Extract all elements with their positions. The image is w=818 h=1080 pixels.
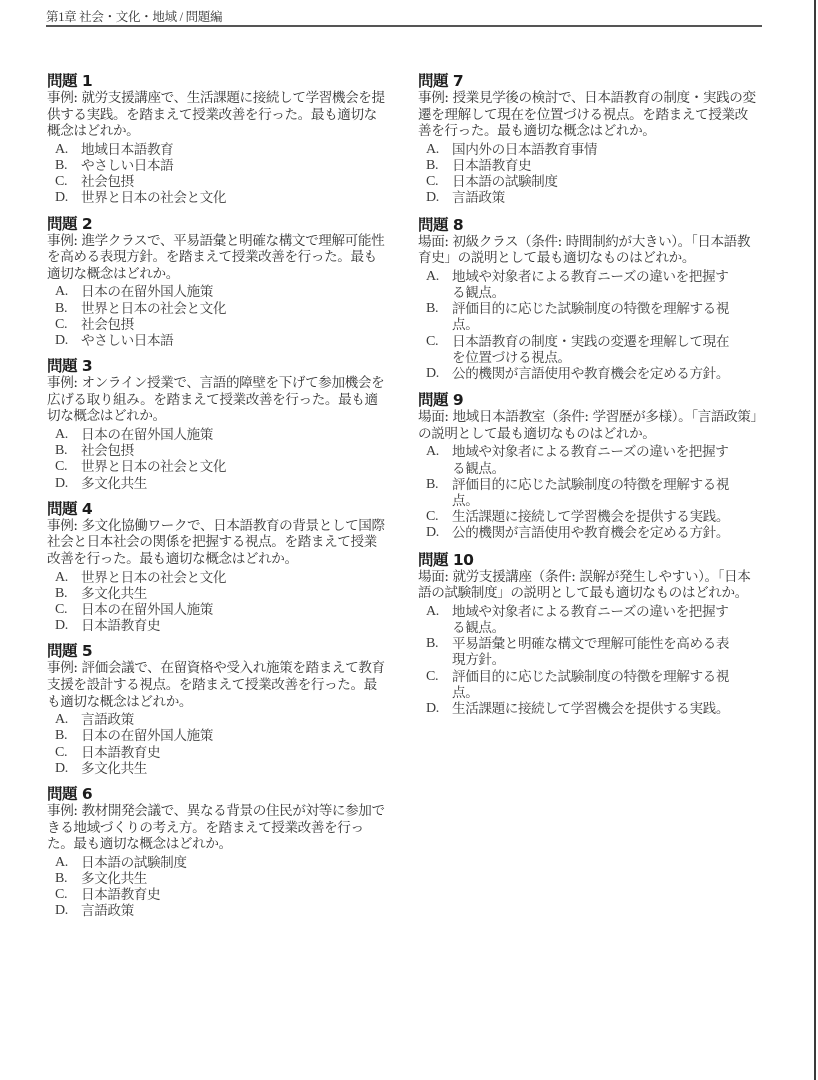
answer-options: A.地域や対象者による教育ニーズの違いを把握する観点。 B.平易語彙と明確な構文…	[418, 604, 758, 717]
option-text: 多文化共生	[81, 871, 387, 887]
option-d: D.日本語教育史	[47, 618, 387, 634]
option-label: A.	[55, 570, 81, 586]
chapter-title: 第1章 社会・文化・地域 / 問題編	[46, 10, 222, 24]
option-label: C.	[55, 745, 81, 761]
option-label: B.	[426, 158, 452, 174]
option-text: 生活課題に接続して学習機会を提供する実践。	[452, 701, 758, 717]
option-label: A.	[426, 444, 452, 476]
option-label: D.	[55, 190, 81, 206]
option-c: C.日本語教育史	[47, 745, 387, 761]
option-text: 多文化共生	[81, 586, 387, 602]
option-text: 世界と日本の社会と文化	[81, 459, 387, 475]
option-b: B.社会包摂	[47, 443, 387, 459]
option-text: 日本語の試験制度	[81, 855, 387, 871]
option-a: A.地域日本語教育	[47, 142, 387, 158]
option-label: C.	[426, 669, 452, 701]
answer-options: A.地域日本語教育 B.やさしい日本語 C.社会包摂 D.世界と日本の社会と文化	[47, 142, 387, 207]
right-column: 問題 7 事例: 授業見学後の検討で、日本語教育の制度・実践の変遷を理解して現在…	[418, 72, 758, 717]
option-label: A.	[55, 855, 81, 871]
question-number: 問題 5	[47, 642, 387, 660]
option-text: やさしい日本語	[81, 158, 387, 174]
question-stem: 事例: オンライン授業で、言語的障壁を下げて参加機会を広げる取り組み。を踏まえて…	[47, 375, 387, 425]
question-stem: 事例: 就労支援講座で、生活課題に接続して学習機会を提供する実践。を踏まえて授業…	[47, 90, 387, 140]
option-b: B.多文化共生	[47, 586, 387, 602]
question-1: 問題 1 事例: 就労支援講座で、生活課題に接続して学習機会を提供する実践。を踏…	[47, 72, 387, 207]
option-a: A.地域や対象者による教育ニーズの違いを把握する観点。	[418, 444, 758, 476]
option-label: B.	[55, 586, 81, 602]
question-stem: 場面: 地域日本語教室（条件: 学習歴が多様）。「言語政策」の説明として最も適切…	[418, 409, 758, 442]
option-label: D.	[426, 366, 452, 382]
option-text: 世界と日本の社会と文化	[81, 301, 387, 317]
option-text: 言語政策	[452, 190, 758, 206]
option-text: 社会包摂	[81, 317, 387, 333]
option-label: D.	[55, 761, 81, 777]
option-c: C.日本語教育の制度・実践の変遷を理解して現在を位置づける視点。	[418, 334, 758, 366]
question-stem: 事例: 進学クラスで、平易語彙と明確な構文で理解可能性を高める表現方針。を踏まえ…	[47, 233, 387, 283]
option-text: 日本の在留外国人施策	[81, 284, 387, 300]
option-b: B.平易語彙と明確な構文で理解可能性を高める表現方針。	[418, 636, 758, 668]
question-number: 問題 1	[47, 72, 387, 90]
question-number: 問題 9	[418, 391, 758, 409]
option-text: 平易語彙と明確な構文で理解可能性を高める表現方針。	[452, 636, 758, 668]
option-label: A.	[55, 142, 81, 158]
option-label: B.	[55, 871, 81, 887]
option-text: 日本語教育の制度・実践の変遷を理解して現在を位置づける視点。	[452, 334, 758, 366]
option-label: B.	[426, 301, 452, 333]
option-b: B.日本語教育史	[418, 158, 758, 174]
option-label: D.	[55, 903, 81, 919]
option-d: D.生活課題に接続して学習機会を提供する実践。	[418, 701, 758, 717]
answer-options: A.世界と日本の社会と文化 B.多文化共生 C.日本の在留外国人施策 D.日本語…	[47, 570, 387, 635]
option-a: A.言語政策	[47, 712, 387, 728]
option-text: 日本語教育史	[81, 887, 387, 903]
option-b: B.評価目的に応じた試験制度の特徴を理解する視点。	[418, 477, 758, 509]
answer-options: A.日本の在留外国人施策 B.社会包摂 C.世界と日本の社会と文化 D.多文化共…	[47, 427, 387, 492]
question-number: 問題 6	[47, 785, 387, 803]
running-header: 第1章 社会・文化・地域 / 問題編	[46, 6, 762, 27]
option-label: B.	[426, 636, 452, 668]
option-c: C.日本語教育史	[47, 887, 387, 903]
page-edge-border	[814, 0, 816, 1080]
option-a: A.地域や対象者による教育ニーズの違いを把握する観点。	[418, 604, 758, 636]
question-stem: 場面: 初級クラス（条件: 時間制約が大きい）。「日本語教育史」の説明として最も…	[418, 234, 758, 267]
option-text: 公的機関が言語使用や教育機会を定める方針。	[452, 525, 758, 541]
option-b: B.評価目的に応じた試験制度の特徴を理解する視点。	[418, 301, 758, 333]
option-c: C.日本語の試験制度	[418, 174, 758, 190]
option-text: 地域や対象者による教育ニーズの違いを把握する観点。	[452, 269, 758, 301]
question-number: 問題 7	[418, 72, 758, 90]
left-column: 問題 1 事例: 就労支援講座で、生活課題に接続して学習機会を提供する実践。を踏…	[47, 72, 387, 920]
answer-options: A.日本の在留外国人施策 B.世界と日本の社会と文化 C.社会包摂 D.やさしい…	[47, 284, 387, 349]
option-label: D.	[426, 701, 452, 717]
option-text: 日本語教育史	[81, 618, 387, 634]
option-text: 多文化共生	[81, 476, 387, 492]
question-5: 問題 5 事例: 評価会議で、在留資格や受入れ施策を踏まえて教育支援を設計する視…	[47, 642, 387, 777]
question-2: 問題 2 事例: 進学クラスで、平易語彙と明確な構文で理解可能性を高める表現方針…	[47, 215, 387, 350]
option-label: D.	[55, 618, 81, 634]
option-label: A.	[55, 712, 81, 728]
option-label: C.	[426, 334, 452, 366]
option-text: 日本の在留外国人施策	[81, 728, 387, 744]
option-label: D.	[55, 333, 81, 349]
option-text: 国内外の日本語教育事情	[452, 142, 758, 158]
option-label: C.	[426, 509, 452, 525]
option-text: 日本語の試験制度	[452, 174, 758, 190]
option-text: 地域日本語教育	[81, 142, 387, 158]
option-text: やさしい日本語	[81, 333, 387, 349]
option-label: C.	[426, 174, 452, 190]
option-a: A.世界と日本の社会と文化	[47, 570, 387, 586]
option-label: B.	[55, 301, 81, 317]
option-text: 地域や対象者による教育ニーズの違いを把握する観点。	[452, 604, 758, 636]
question-stem: 事例: 教材開発会議で、異なる背景の住民が対等に参加できる地域づくりの考え方。を…	[47, 803, 387, 853]
option-c: C.日本の在留外国人施策	[47, 602, 387, 618]
option-a: A.日本の在留外国人施策	[47, 284, 387, 300]
option-text: 評価目的に応じた試験制度の特徴を理解する視点。	[452, 477, 758, 509]
option-c: C.社会包摂	[47, 317, 387, 333]
option-text: 日本語教育史	[81, 745, 387, 761]
question-stem: 事例: 評価会議で、在留資格や受入れ施策を踏まえて教育支援を設計する視点。を踏ま…	[47, 660, 387, 710]
question-stem: 事例: 授業見学後の検討で、日本語教育の制度・実践の変遷を理解して現在を位置づけ…	[418, 90, 758, 140]
option-label: B.	[55, 728, 81, 744]
option-b: B.世界と日本の社会と文化	[47, 301, 387, 317]
option-text: 世界と日本の社会と文化	[81, 570, 387, 586]
option-label: C.	[55, 174, 81, 190]
option-d: D.世界と日本の社会と文化	[47, 190, 387, 206]
option-label: D.	[55, 476, 81, 492]
option-text: 世界と日本の社会と文化	[81, 190, 387, 206]
option-d: D.やさしい日本語	[47, 333, 387, 349]
question-3: 問題 3 事例: オンライン授業で、言語的障壁を下げて参加機会を広げる取り組み。…	[47, 357, 387, 492]
option-d: D.公的機関が言語使用や教育機会を定める方針。	[418, 366, 758, 382]
option-label: B.	[55, 443, 81, 459]
option-text: 社会包摂	[81, 174, 387, 190]
option-d: D.多文化共生	[47, 476, 387, 492]
option-label: D.	[426, 190, 452, 206]
question-7: 問題 7 事例: 授業見学後の検討で、日本語教育の制度・実践の変遷を理解して現在…	[418, 72, 758, 207]
option-label: B.	[55, 158, 81, 174]
option-a: A.地域や対象者による教育ニーズの違いを把握する観点。	[418, 269, 758, 301]
question-number: 問題 2	[47, 215, 387, 233]
answer-options: A.日本語の試験制度 B.多文化共生 C.日本語教育史 D.言語政策	[47, 855, 387, 920]
option-d: D.言語政策	[47, 903, 387, 919]
option-label: C.	[55, 887, 81, 903]
option-d: D.公的機関が言語使用や教育機会を定める方針。	[418, 525, 758, 541]
option-label: A.	[55, 284, 81, 300]
option-text: 地域や対象者による教育ニーズの違いを把握する観点。	[452, 444, 758, 476]
option-b: B.多文化共生	[47, 871, 387, 887]
answer-options: A.言語政策 B.日本の在留外国人施策 C.日本語教育史 D.多文化共生	[47, 712, 387, 777]
answer-options: A.地域や対象者による教育ニーズの違いを把握する観点。 B.評価目的に応じた試験…	[418, 269, 758, 382]
option-d: D.多文化共生	[47, 761, 387, 777]
option-text: 言語政策	[81, 903, 387, 919]
option-c: C.社会包摂	[47, 174, 387, 190]
option-c: C.生活課題に接続して学習機会を提供する実践。	[418, 509, 758, 525]
option-text: 社会包摂	[81, 443, 387, 459]
answer-options: A.地域や対象者による教育ニーズの違いを把握する観点。 B.評価目的に応じた試験…	[418, 444, 758, 541]
question-number: 問題 3	[47, 357, 387, 375]
question-4: 問題 4 事例: 多文化協働ワークで、日本語教育の背景として国際社会と日本社会の…	[47, 500, 387, 635]
option-text: 多文化共生	[81, 761, 387, 777]
option-b: B.日本の在留外国人施策	[47, 728, 387, 744]
option-b: B.やさしい日本語	[47, 158, 387, 174]
option-c: C.評価目的に応じた試験制度の特徴を理解する視点。	[418, 669, 758, 701]
option-label: A.	[55, 427, 81, 443]
option-label: D.	[426, 525, 452, 541]
option-label: C.	[55, 317, 81, 333]
option-a: A.日本語の試験制度	[47, 855, 387, 871]
option-text: 日本の在留外国人施策	[81, 427, 387, 443]
question-6: 問題 6 事例: 教材開発会議で、異なる背景の住民が対等に参加できる地域づくりの…	[47, 785, 387, 920]
question-number: 問題 8	[418, 216, 758, 234]
option-label: A.	[426, 269, 452, 301]
question-10: 問題 10 場面: 就労支援講座（条件: 誤解が発生しやすい）。「日本語の試験制…	[418, 551, 758, 718]
option-label: A.	[426, 142, 452, 158]
option-label: B.	[426, 477, 452, 509]
option-text: 日本語教育史	[452, 158, 758, 174]
option-label: C.	[55, 459, 81, 475]
question-stem: 事例: 多文化協働ワークで、日本語教育の背景として国際社会と日本社会の関係を把握…	[47, 518, 387, 568]
option-text: 生活課題に接続して学習機会を提供する実践。	[452, 509, 758, 525]
option-label: A.	[426, 604, 452, 636]
question-9: 問題 9 場面: 地域日本語教室（条件: 学習歴が多様）。「言語政策」の説明とし…	[418, 391, 758, 541]
answer-options: A.国内外の日本語教育事情 B.日本語教育史 C.日本語の試験制度 D.言語政策	[418, 142, 758, 207]
option-text: 日本の在留外国人施策	[81, 602, 387, 618]
option-a: A.国内外の日本語教育事情	[418, 142, 758, 158]
option-d: D.言語政策	[418, 190, 758, 206]
option-text: 評価目的に応じた試験制度の特徴を理解する視点。	[452, 301, 758, 333]
question-number: 問題 10	[418, 551, 758, 569]
option-text: 公的機関が言語使用や教育機会を定める方針。	[452, 366, 758, 382]
question-8: 問題 8 場面: 初級クラス（条件: 時間制約が大きい）。「日本語教育史」の説明…	[418, 216, 758, 383]
option-label: C.	[55, 602, 81, 618]
option-a: A.日本の在留外国人施策	[47, 427, 387, 443]
option-text: 評価目的に応じた試験制度の特徴を理解する視点。	[452, 669, 758, 701]
question-stem: 場面: 就労支援講座（条件: 誤解が発生しやすい）。「日本語の試験制度」の説明と…	[418, 569, 758, 602]
question-number: 問題 4	[47, 500, 387, 518]
option-text: 言語政策	[81, 712, 387, 728]
option-c: C.世界と日本の社会と文化	[47, 459, 387, 475]
